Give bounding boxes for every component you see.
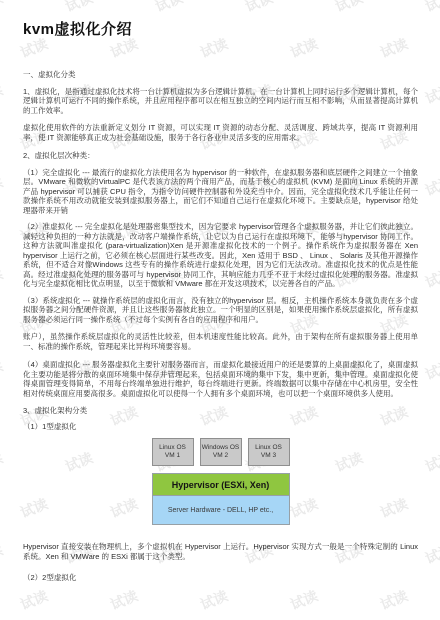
watermark-text: 试读	[377, 585, 410, 614]
paragraph-os-virtualization: （3）系统虚拟化 --- 就操作系统层的虚拟化而言，没有独立的hyperviso…	[23, 296, 418, 325]
document-page: 试读试读试读试读试读试读试读试读试读试读试读试读试读试读试读试读试读试读试读试读…	[0, 0, 440, 620]
paragraph-desktop-virtualization: （4）桌面虚拟化 --- 服务器虚拟化主要针对服务器而言，而虚拟化最接近用户的还…	[23, 360, 418, 398]
hypervisor-bar: Hypervisor (ESXi, Xen)	[152, 473, 290, 495]
vm3-id-label: VM 3	[261, 452, 276, 460]
watermark-text: 试读	[17, 585, 50, 614]
document-content: kvm虚拟化介绍 一、虚拟化分类 1、虚拟化，是指通过虚拟化技术将一台计算机虚拟…	[0, 0, 440, 583]
subsection-heading-type2: （2）2型虚拟化	[23, 573, 418, 583]
vm-box-3: Linux OS VM 3	[248, 438, 290, 466]
type1-virtualization-diagram: Linux OS VM 1 Windows OS VM 2 Linux OS V…	[152, 438, 290, 525]
vm3-os-label: Linux OS	[255, 444, 282, 452]
vm2-os-label: Windows OS	[202, 444, 240, 452]
section-heading-3: 3、虚拟化架构分类	[23, 406, 418, 416]
vm1-os-label: Linux OS	[159, 444, 186, 452]
paragraph-virtualization-definition: 1、虚拟化，是指通过虚拟化技术将一台计算机虚拟为多台逻辑计算机。在一台计算机上同…	[23, 87, 418, 116]
paragraph-it-resources: 虚拟化使用软件的方法重新定义划分 IT 资源，可以实现 IT 资源的动态分配、灵…	[23, 123, 418, 142]
vm2-id-label: VM 2	[213, 452, 228, 460]
paragraph-full-virtualization: （1）完全虚拟化 --- 最流行的虚拟化方法使用名为 hypervisor 的一…	[23, 168, 418, 216]
watermark-text: 试读	[107, 585, 140, 614]
vm-box-1: Linux OS VM 1	[152, 438, 194, 466]
subsection-heading-type1: （1）1型虚拟化	[23, 422, 418, 432]
vm-box-2: Windows OS VM 2	[200, 438, 242, 466]
vm-row: Linux OS VM 1 Windows OS VM 2 Linux OS V…	[152, 438, 290, 466]
paragraph-para-virtualization: （2）准虚拟化 --- 完全虚拟化是处理器密集型技术，因为它要求 hypervi…	[23, 222, 418, 289]
page-title: kvm虚拟化介绍	[23, 18, 418, 39]
section-heading-1: 一、虚拟化分类	[23, 70, 418, 80]
watermark-text: 试读	[197, 585, 230, 614]
vm1-id-label: VM 1	[165, 452, 180, 460]
watermark-text: 试读	[287, 585, 320, 614]
section-heading-2: 2、虚拟化层次种类：	[23, 151, 418, 161]
server-hardware-bar: Server Hardware - DELL, HP etc.,	[152, 495, 290, 525]
paragraph-type1-description: Hypervisor 直接安装在物理机上，多个虚拟机在 Hypervisor 上…	[23, 542, 418, 561]
paragraph-os-virtualization-cont: 账户），虽然操作系统层虚拟化的灵活性比较差，但本机速度性能比较高。此外，由于架构…	[23, 332, 418, 351]
